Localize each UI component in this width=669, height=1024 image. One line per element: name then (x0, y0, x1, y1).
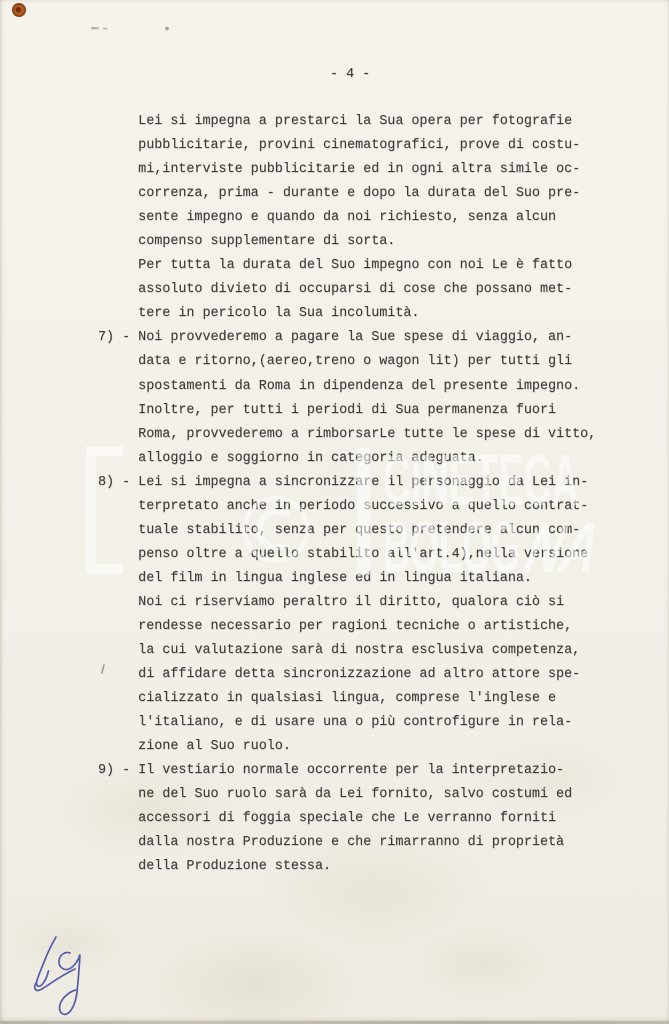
typewritten-line: di affidare detta sincronizzazione ad al… (98, 663, 658, 687)
typewritten-line: terpretato anche in periodo successivo a… (98, 495, 658, 519)
typewritten-line: 9) - Il vestiario normale occorrente per… (98, 759, 658, 783)
typewritten-line: assoluto divieto di occuparsi di cose ch… (98, 278, 658, 302)
typewritten-line: cializzato in qualsiasi lingua, comprese… (98, 687, 658, 711)
typewritten-line: alloggio e soggiorno in categoria adegua… (98, 447, 658, 471)
page-number: - 4 - (330, 67, 370, 83)
typewritten-line: data e ritorno,(aereo,treno o wagon lit)… (98, 350, 658, 374)
typewritten-line: Inoltre, per tutti i periodi di Sua perm… (98, 399, 658, 423)
typewritten-line: l'italiano, e di usare una o più controf… (98, 711, 658, 735)
typewritten-line: Roma, provvederemo a rimborsarLe tutte l… (98, 423, 658, 447)
typewritten-line: Per tutta la durata del Suo impegno con … (98, 254, 658, 278)
typewritten-line: ne del Suo ruolo sarà da Lei fornito, sa… (98, 783, 658, 807)
typewritten-line: pubblicitarie, provini cinematografici, … (98, 134, 658, 158)
typewritten-line: sente impegno e quando da noi richiesto,… (98, 206, 658, 230)
typewritten-line: 7) - Noi provvederemo a pagare la Sue sp… (98, 326, 658, 350)
rust-stain (13, 4, 25, 16)
typewritten-line: accessori di foggia speciale che Le verr… (98, 807, 658, 831)
typewritten-line: compenso supplementare di sorta. (98, 230, 658, 254)
typewritten-line: mi,interviste pubblicitarie ed in ogni a… (98, 158, 658, 182)
scanned-document-page: - 4 - Lei si impegna a prestarci la Sua … (0, 0, 669, 1024)
typewritten-line: rendesse necessario per ragioni tecniche… (98, 615, 658, 639)
typewritten-line: dalla nostra Produzione e che rimarranno… (98, 831, 658, 855)
text-block: Lei si impegna a prestarci la Sua opera … (98, 110, 658, 880)
typewritten-line: zione al Suo ruolo. (98, 735, 658, 759)
typewritten-line: penso oltre a quello stabilito all'art.4… (98, 543, 658, 567)
typewritten-line: la cui valutazione sarà di nostra esclus… (98, 639, 658, 663)
typewritten-line: 8) - Lei si impegna a sincronizzare il p… (98, 471, 658, 495)
typewritten-line: della Produzione stessa. (98, 855, 658, 879)
typewritten-line: Lei si impegna a prestarci la Sua opera … (98, 110, 658, 134)
typewritten-line: correnza, prima - durante e dopo la dura… (98, 182, 658, 206)
typewritten-line: del film in lingua inglese ed in lingua … (98, 567, 658, 591)
handwritten-initials (35, 937, 80, 1014)
typewritten-line: spostamenti da Roma in dipendenza del pr… (98, 375, 658, 399)
typewritten-line: tuale stabilito, senza per questo preten… (98, 519, 658, 543)
typewritten-line: tere in pericolo la Sua incolumità. (98, 302, 658, 326)
typewritten-line: Noi ci riserviamo peraltro il diritto, q… (98, 591, 658, 615)
